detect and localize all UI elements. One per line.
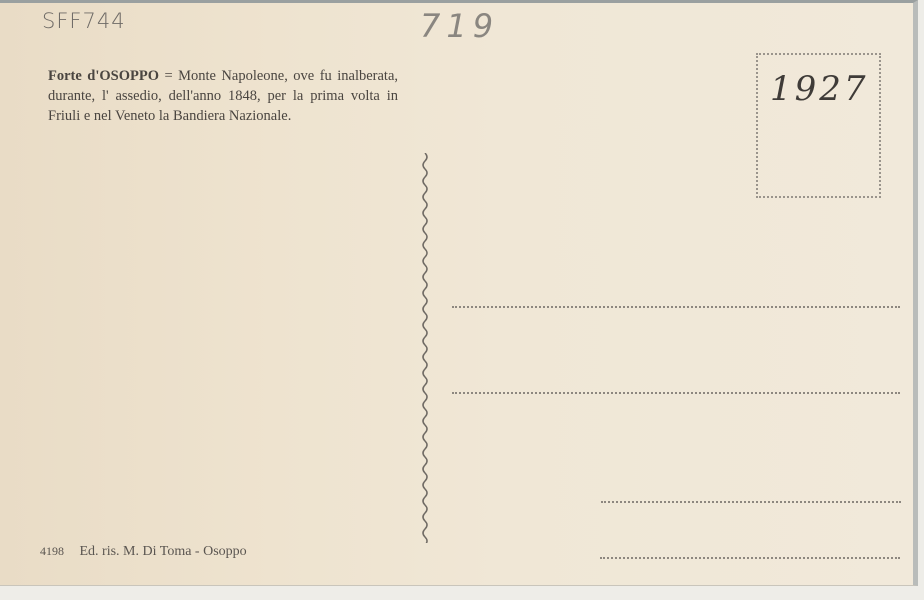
postcard-back: SFF744 719 Forte d'OSOPPO = Monte Napole… bbox=[0, 0, 918, 586]
card-code: 4198 bbox=[40, 544, 64, 558]
handwritten-number: 719 bbox=[420, 7, 499, 45]
address-line-3 bbox=[601, 501, 901, 503]
caption: Forte d'OSOPPO = Monte Napoleone, ove fu… bbox=[48, 66, 398, 126]
address-line-2 bbox=[452, 392, 900, 394]
publisher-text: Ed. ris. M. Di Toma - Osoppo bbox=[80, 544, 247, 559]
address-line-4 bbox=[600, 557, 900, 559]
publisher-footer: 4198 Ed. ris. M. Di Toma - Osoppo bbox=[40, 544, 247, 560]
handwritten-catalog-ref: SFF744 bbox=[42, 9, 126, 33]
caption-title: Forte d'OSOPPO bbox=[48, 68, 159, 84]
handwritten-year: 1927 bbox=[770, 69, 869, 109]
address-line-1 bbox=[452, 306, 900, 308]
wavy-divider bbox=[417, 153, 433, 543]
